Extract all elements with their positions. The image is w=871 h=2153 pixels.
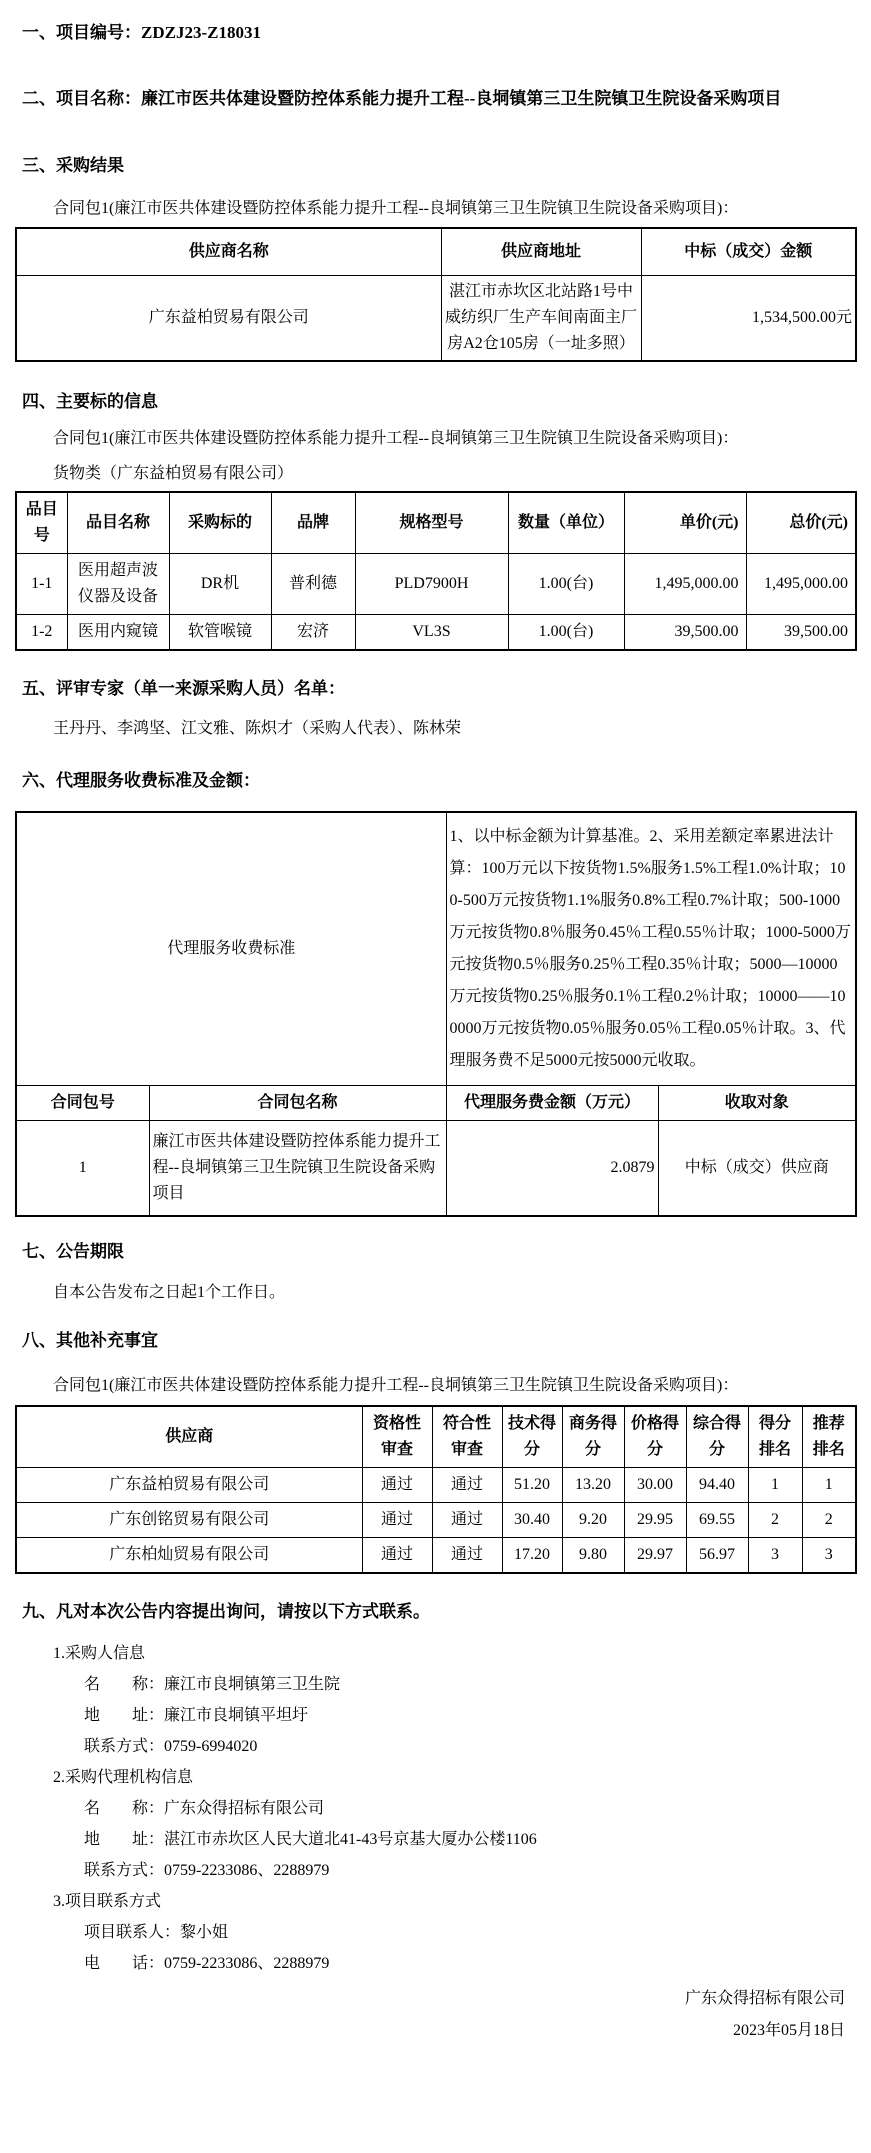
section-3-heading: 三、采购结果 [22,155,855,177]
overall-score-cell: 56.97 [686,1538,748,1574]
recommend-rank-header: 推荐排名 [802,1406,856,1468]
technical-score-cell: 51.20 [502,1468,562,1503]
package-name-cell: 廉江市医共体建设暨防控体系能力提升工程--良垌镇第三卫生院镇卫生院设备采购项目 [149,1121,446,1217]
item-name-cell: 医用内窥镜 [67,615,169,651]
evaluation-table: 供应商 资格性审查 符合性审查 技术得分 商务得分 价格得分 综合得分 得分排名… [15,1405,857,1574]
winning-supplier-name: 广东益柏贸易有限公司 [16,276,441,362]
price-score-cell: 29.97 [624,1538,686,1574]
winning-amount: 1,534,500.00元 [641,276,856,362]
conformity-cell: 通过 [432,1503,502,1538]
quantity-cell: 1.00(台) [508,554,624,615]
package-name-header: 合同包名称 [149,1086,446,1121]
award-amount-header: 中标（成交）金额 [641,228,856,276]
section-9-heading: 九、凡对本次公告内容提出询问，请按以下方式联系。 [22,1601,855,1623]
score-rank-cell: 3 [748,1538,802,1574]
table-row: 1-1 医用超声波仪器及设备 DR机 普利德 PLD7900H 1.00(台) … [16,554,856,615]
table-header-row: 供应商名称 供应商地址 中标（成交）金额 [16,228,856,276]
qualification-cell: 通过 [362,1468,432,1503]
unit-price-cell: 1,495,000.00 [624,554,746,615]
total-price-cell: 1,495,000.00 [746,554,856,615]
technical-score-cell: 17.20 [502,1538,562,1574]
table-row: 广东柏灿贸易有限公司 通过 通过 17.20 9.80 29.97 56.97 … [16,1538,856,1574]
project-contact-person: 项目联系人：黎小姐 [84,1920,855,1946]
quantity-header: 数量（单位） [508,492,624,554]
fee-standard-text: 1、以中标金额为计算基准。2、采用差额定率累进法计算：100万元以下按货物1.5… [446,812,856,1086]
table-header-row: 品目号 品目名称 采购标的 品牌 规格型号 数量（单位） 单价(元) 总价(元) [16,492,856,554]
procurement-object-header: 采购标的 [169,492,271,554]
conformity-cell: 通过 [432,1538,502,1574]
purchaser-address: 地 址：廉江市良垌镇平坦圩 [84,1703,855,1729]
conformity-review-header: 符合性审查 [432,1406,502,1468]
bid-items-table: 品目号 品目名称 采购标的 品牌 规格型号 数量（单位） 单价(元) 总价(元)… [15,491,857,651]
section-7-heading: 七、公告期限 [22,1241,855,1263]
agency-fee-amount: 2.0879 [446,1121,658,1217]
commercial-score-cell: 9.80 [562,1538,624,1574]
fee-payer-header: 收取对象 [658,1086,856,1121]
model-cell: VL3S [355,615,508,651]
purchaser-info-title: 1.采购人信息 [53,1641,855,1667]
price-score-header: 价格得分 [624,1406,686,1468]
table-row: 1 廉江市医共体建设暨防控体系能力提升工程--良垌镇第三卫生院镇卫生院设备采购项… [16,1121,856,1217]
section-1-heading: 一、项目编号：ZDZJ23-Z18031 [22,22,855,44]
expert-names: 王丹丹、李鸿坚、江文雅、陈炽才（采购人代表）、陈林荣 [53,716,855,742]
technical-score-cell: 30.40 [502,1503,562,1538]
table-row: 广东益柏贸易有限公司 通过 通过 51.20 13.20 30.00 94.40… [16,1468,856,1503]
item-no-cell: 1-2 [16,615,67,651]
technical-score-header: 技术得分 [502,1406,562,1468]
qualification-cell: 通过 [362,1503,432,1538]
project-contact-title: 3.项目联系方式 [53,1889,855,1915]
overall-score-header: 综合得分 [686,1406,748,1468]
item-no-cell: 1-1 [16,554,67,615]
recommend-rank-cell: 2 [802,1503,856,1538]
fee-standard-row: 代理服务收费标准 1、以中标金额为计算基准。2、采用差额定率累进法计算：100万… [16,812,856,1086]
contract-package-intro-items: 合同包1(廉江市医共体建设暨防控体系能力提升工程--良垌镇第三卫生院镇卫生院设备… [53,426,855,452]
table-row: 广东创铭贸易有限公司 通过 通过 30.40 9.20 29.95 69.55 … [16,1503,856,1538]
model-header: 规格型号 [355,492,508,554]
contact-info-block: 1.采购人信息 名 称：廉江市良垌镇第三卫生院 地 址：廉江市良垌镇平坦圩 联系… [15,1641,855,1977]
signature-org: 广东众得招标有限公司 [15,1988,845,2010]
agency-fee-amount-header: 代理服务费金额（万元） [446,1086,658,1121]
table-row: 广东益柏贸易有限公司 湛江市赤坎区北站路1号中威纺织厂生产车间南面主厂房A2仓1… [16,276,856,362]
total-price-header: 总价(元) [746,492,856,554]
procurement-result-table: 供应商名称 供应商地址 中标（成交）金额 广东益柏贸易有限公司 湛江市赤坎区北站… [15,227,857,362]
item-name-cell: 医用超声波仪器及设备 [67,554,169,615]
purchaser-phone: 联系方式：0759-6994020 [84,1734,855,1760]
signature-date: 2023年05月18日 [15,2020,845,2042]
supplier-cell: 广东益柏贸易有限公司 [16,1468,362,1503]
fee-payer-cell: 中标（成交）供应商 [658,1121,856,1217]
item-name-header: 品目名称 [67,492,169,554]
purchaser-name: 名 称：廉江市良垌镇第三卫生院 [84,1672,855,1698]
unit-price-cell: 39,500.00 [624,615,746,651]
signature-block: 广东众得招标有限公司 2023年05月18日 [15,1988,855,2042]
agency-fee-table: 代理服务收费标准 1、以中标金额为计算基准。2、采用差额定率累进法计算：100万… [15,811,857,1217]
agency-name: 名 称：广东众得招标有限公司 [84,1796,855,1822]
price-score-cell: 29.95 [624,1503,686,1538]
unit-price-header: 单价(元) [624,492,746,554]
agency-address: 地 址：湛江市赤坎区人民大道北41-43号京基大厦办公楼1106 [84,1827,855,1853]
conformity-cell: 通过 [432,1468,502,1503]
table-header-row: 合同包号 合同包名称 代理服务费金额（万元） 收取对象 [16,1086,856,1121]
total-price-cell: 39,500.00 [746,615,856,651]
contract-package-intro-supplement: 合同包1(廉江市医共体建设暨防控体系能力提升工程--良垌镇第三卫生院镇卫生院设备… [53,1373,855,1399]
supplier-header: 供应商 [16,1406,362,1468]
overall-score-cell: 94.40 [686,1468,748,1503]
item-no-header: 品目号 [16,492,67,554]
procurement-object-cell: 软管喉镜 [169,615,271,651]
recommend-rank-cell: 1 [802,1468,856,1503]
section-4-heading: 四、主要标的信息 [22,391,855,413]
score-rank-header: 得分排名 [748,1406,802,1468]
package-no-header: 合同包号 [16,1086,149,1121]
commercial-score-cell: 9.20 [562,1503,624,1538]
qualification-review-header: 资格性审查 [362,1406,432,1468]
agency-phone: 联系方式：0759-2233086、2288979 [84,1858,855,1884]
overall-score-cell: 69.55 [686,1503,748,1538]
procurement-object-cell: DR机 [169,554,271,615]
section-5-heading: 五、评审专家（单一来源采购人员）名单： [22,678,855,700]
brand-header: 品牌 [271,492,355,554]
supplier-address-header: 供应商地址 [441,228,641,276]
section-2-heading: 二、项目名称：廉江市医共体建设暨防控体系能力提升工程--良垌镇第三卫生院镇卫生院… [22,88,855,110]
brand-cell: 普利德 [271,554,355,615]
price-score-cell: 30.00 [624,1468,686,1503]
recommend-rank-cell: 3 [802,1538,856,1574]
winning-supplier-address: 湛江市赤坎区北站路1号中威纺织厂生产车间南面主厂房A2仓105房（一址多照） [441,276,641,362]
commercial-score-header: 商务得分 [562,1406,624,1468]
supplier-cell: 广东柏灿贸易有限公司 [16,1538,362,1574]
fee-standard-label: 代理服务收费标准 [16,812,446,1086]
model-cell: PLD7900H [355,554,508,615]
project-contact-phone: 电 话：0759-2233086、2288979 [84,1951,855,1977]
goods-category-line: 货物类（广东益柏贸易有限公司） [53,461,855,487]
score-rank-cell: 2 [748,1503,802,1538]
table-header-row: 供应商 资格性审查 符合性审查 技术得分 商务得分 价格得分 综合得分 得分排名… [16,1406,856,1468]
table-row: 1-2 医用内窥镜 软管喉镜 宏济 VL3S 1.00(台) 39,500.00… [16,615,856,651]
supplier-cell: 广东创铭贸易有限公司 [16,1503,362,1538]
package-no-cell: 1 [16,1121,149,1217]
brand-cell: 宏济 [271,615,355,651]
supplier-name-header: 供应商名称 [16,228,441,276]
section-8-heading: 八、其他补充事宜 [22,1330,855,1352]
contract-package-intro-result: 合同包1(廉江市医共体建设暨防控体系能力提升工程--良垌镇第三卫生院镇卫生院设备… [53,196,855,222]
agency-info-title: 2.采购代理机构信息 [53,1765,855,1791]
announcement-period-text: 自本公告发布之日起1个工作日。 [53,1280,855,1306]
qualification-cell: 通过 [362,1538,432,1574]
commercial-score-cell: 13.20 [562,1468,624,1503]
section-6-heading: 六、代理服务收费标准及金额： [22,770,855,792]
quantity-cell: 1.00(台) [508,615,624,651]
score-rank-cell: 1 [748,1468,802,1503]
announcement-document: 一、项目编号：ZDZJ23-Z18031 二、项目名称：廉江市医共体建设暨防控体… [0,0,871,2059]
